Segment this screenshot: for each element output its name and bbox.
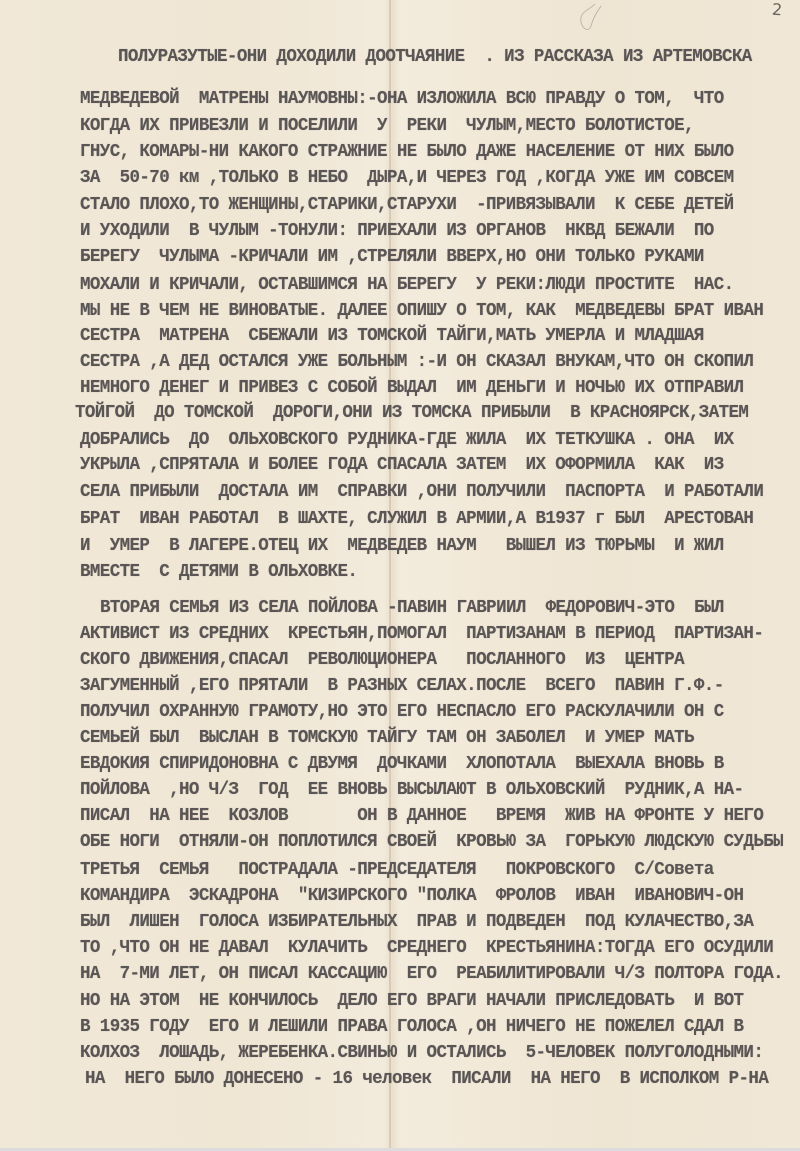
- text-line: СЕЛА ПРИБЫЛИ ДОСТАЛА ИМ СПРАВКИ ,ОНИ ПОЛ…: [80, 481, 763, 503]
- handwritten-mark-icon: [575, 2, 605, 36]
- text-line: ТРЕТЬЯ СЕМЬЯ ПОСТРАДАЛА -ПРЕДСЕДАТЕЛЯ ПО…: [80, 859, 714, 881]
- text-line: ПОЛУРАЗУТЫЕ-ОНИ ДОХОДИЛИ ДООТЧАЯНИЕ . ИЗ…: [118, 46, 752, 68]
- text-line: ПОЛУЧИЛ ОХРАННУЮ ГРАМОТУ,НО ЭТО ЕГО НЕСП…: [80, 701, 724, 723]
- text-line: КОМАНДИРА ЭСКАДРОНА "КИЗИРСКОГО "ПОЛКА Ф…: [80, 885, 743, 907]
- text-line: ТО ,ЧТО ОН НЕ ДАВАЛ КУЛАЧИТЬ СРЕДНЕГО КР…: [80, 937, 773, 959]
- text-line: И УХОДИЛИ В ЧУЛЫМ -ТОНУЛИ: ПРИЕХАЛИ ИЗ О…: [80, 220, 714, 242]
- text-line: БЕРЕГУ ЧУЛЫМА -КРИЧАЛИ ИМ ,СТРЕЛЯЛИ ВВЕР…: [80, 246, 704, 268]
- text-line: ДОБРАЛИСЬ ДО ОЛЬХОВСКОГО РУДНИКА-ГДЕ ЖИЛ…: [80, 429, 734, 451]
- text-line: ЕВДОКИЯ СПИРИДОНОВНА С ДВУМЯ ДОЧКАМИ ХЛО…: [80, 753, 724, 775]
- text-line: СКОГО ДВИЖЕНИЯ,СПАСАЛ РЕВОЛЮЦИОНЕРА ПОСЛ…: [80, 649, 684, 671]
- text-line: БРАТ ИВАН РАБОТАЛ В ШАХТЕ, СЛУЖИЛ В АРМИ…: [80, 508, 753, 530]
- text-line: НЕМНОГО ДЕНЕГ И ПРИВЕЗ С СОБОЙ ВЫДАЛ ИМ …: [80, 377, 743, 399]
- text-line: ПИСАЛ НА НЕЕ КОЗЛОВ ОН В ДАННОЕ ВРЕМЯ ЖИ…: [80, 805, 763, 827]
- text-line: СЕМЬЕЙ БЫЛ ВЫСЛАН В ТОМСКУЮ ТАЙГУ ТАМ ОН…: [80, 727, 694, 749]
- typewritten-page: 2 ПОЛУРАЗУТЫЕ-ОНИ ДОХОДИЛИ ДООТЧАЯНИЕ . …: [0, 0, 800, 1148]
- text-line: ВТОРАЯ СЕМЬЯ ИЗ СЕЛА ПОЙЛОВА -ПАВИН ГАВР…: [100, 597, 724, 619]
- text-line: МЫ НЕ В ЧЕМ НЕ ВИНОВАТЫЕ. ДАЛЕЕ ОПИШУ О …: [80, 300, 763, 322]
- text-line: ПОЙЛОВА ,НО Ч/З ГОД ЕЕ ВНОВЬ ВЫСЫЛАЮТ В …: [80, 779, 743, 801]
- text-line: ГНУС, КОМАРЫ-НИ КАКОГО СТРАЖНИЕ НЕ БЫЛО …: [80, 141, 734, 163]
- text-line: УКРЫЛА ,СПРЯТАЛА И БОЛЕЕ ГОДА СПАСАЛА ЗА…: [80, 454, 724, 476]
- text-line: БЫЛ ЛИШЕН ГОЛОСА ИЗБИРАТЕЛЬНЫХ ПРАВ И ПО…: [80, 911, 753, 933]
- text-line: ВМЕСТЕ С ДЕТЯМИ В ОЛЬХОВКЕ.: [80, 561, 357, 583]
- text-line: НО НА ЭТОМ НЕ КОНЧИЛОСЬ ДЕЛО ЕГО ВРАГИ Н…: [80, 990, 743, 1012]
- text-line: НА 7-МИ ЛЕТ, ОН ПИСАЛ КАССАЦИЮ ЕГО РЕАБИ…: [80, 963, 783, 985]
- text-line: ТОЙГОЙ ДО ТОМСКОЙ ДОРОГИ,ОНИ ИЗ ТОМСКА П…: [75, 402, 748, 424]
- text-line: МЕДВЕДЕВОЙ МАТРЕНЫ НАУМОВНЫ:-ОНА ИЗЛОЖИЛ…: [80, 88, 724, 110]
- text-line: НА НЕГО БЫЛО ДОНЕСЕНО - 16 человек ПИСАЛ…: [85, 1068, 768, 1090]
- text-line: СЕСТРА МАТРЕНА СБЕЖАЛИ ИЗ ТОМСКОЙ ТАЙГИ,…: [80, 325, 704, 347]
- text-line: СТАЛО ПЛОХО,ТО ЖЕНЩИНЫ,СТАРИКИ,СТАРУХИ -…: [80, 194, 734, 216]
- text-line: ЗАГУМЕННЫЙ ,ЕГО ПРЯТАЛИ В РАЗНЫХ СЕЛАХ.П…: [80, 675, 724, 697]
- text-line: КОЛХОЗ ЛОШАДЬ, ЖЕРЕБЕНКА.СВИНЬЮ И ОСТАЛИ…: [80, 1042, 763, 1064]
- page-number: 2: [771, 0, 782, 19]
- text-line: ЗА 50-70 км ,ТОЛЬКО В НЕБО ДЫРА,И ЧЕРЕЗ …: [80, 167, 734, 189]
- text-line: ОБЕ НОГИ ОТНЯЛИ-ОН ПОПЛОТИЛСЯ СВОЕЙ КРОВ…: [80, 831, 783, 853]
- text-line: МОХАЛИ И КРИЧАЛИ, ОСТАВШИМСЯ НА БЕРЕГУ У…: [80, 274, 734, 296]
- text-line: КОГДА ИХ ПРИВЕЗЛИ И ПОСЕЛИЛИ У РЕКИ ЧУЛЫ…: [80, 115, 694, 137]
- text-line: В 1935 ГОДУ ЕГО И ЛЕШИЛИ ПРАВА ГОЛОСА ,О…: [80, 1016, 743, 1038]
- text-line: СЕСТРА ,А ДЕД ОСТАЛСЯ УЖЕ БОЛЬНЫМ :-И ОН…: [80, 351, 753, 373]
- text-line: АКТИВИСТ ИЗ СРЕДНИХ КРЕСТЬЯН,ПОМОГАЛ ПАР…: [80, 623, 763, 645]
- text-line: И УМЕР В ЛАГЕРЕ.ОТЕЦ ИХ МЕДВЕДЕВ НАУМ ВЫ…: [80, 535, 724, 557]
